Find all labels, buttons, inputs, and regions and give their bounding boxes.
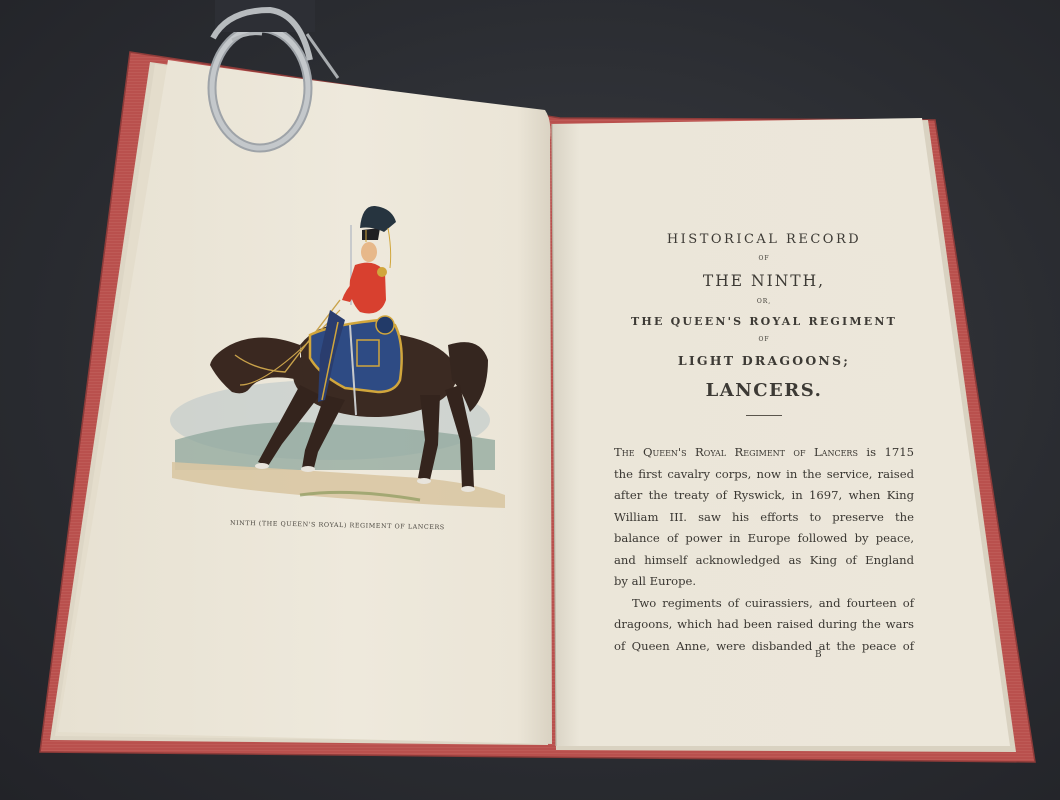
paragraph-1-line-5: balance of power in Europe followed by p…	[614, 528, 914, 550]
paragraph-1-line-2: the first cavalry corps, now in the serv…	[614, 464, 914, 486]
paragraph-1-line-3: after the treaty of Ryswick, in 1697, wh…	[614, 485, 914, 507]
paragraph-1-line-7: by all Europe.	[614, 571, 914, 593]
paragraph-2-line-2: dragoons, which had been raised during t…	[614, 614, 914, 636]
title-block: HISTORICAL RECORD OF THE NINTH, OR, THE …	[606, 232, 922, 428]
title-light-dragoons: LIGHT DRAGOONS;	[606, 353, 922, 368]
title-of-2: OF	[606, 336, 922, 343]
paragraph-1-line-1: The Queen's Royal Regiment of Lancers is…	[614, 442, 914, 464]
title-queens-royal-regiment: THE QUEEN'S ROYAL REGIMENT	[606, 315, 922, 328]
paragraph-1-line-4: William III. saw his efforts to preserve…	[614, 507, 914, 529]
body-text: The Queen's Royal Regiment of Lancers is…	[614, 442, 914, 657]
title-lancers: LANCERS.	[606, 380, 922, 401]
paragraph-1-line-6: and himself acknowledged as King of Engl…	[614, 550, 914, 572]
title-of: OF	[606, 255, 922, 262]
paragraph-2-line-1: Two regiments of cuirassiers, and fourte…	[614, 593, 914, 615]
paragraph-2-line-3: of Queen Anne, were disbanded at the pea…	[614, 636, 914, 658]
title-historical-record: HISTORICAL RECORD	[606, 232, 922, 247]
title-or: OR,	[606, 298, 922, 305]
signature-mark: B	[815, 650, 822, 660]
title-rule	[746, 415, 782, 416]
title-the-ninth: THE NINTH,	[606, 272, 922, 290]
